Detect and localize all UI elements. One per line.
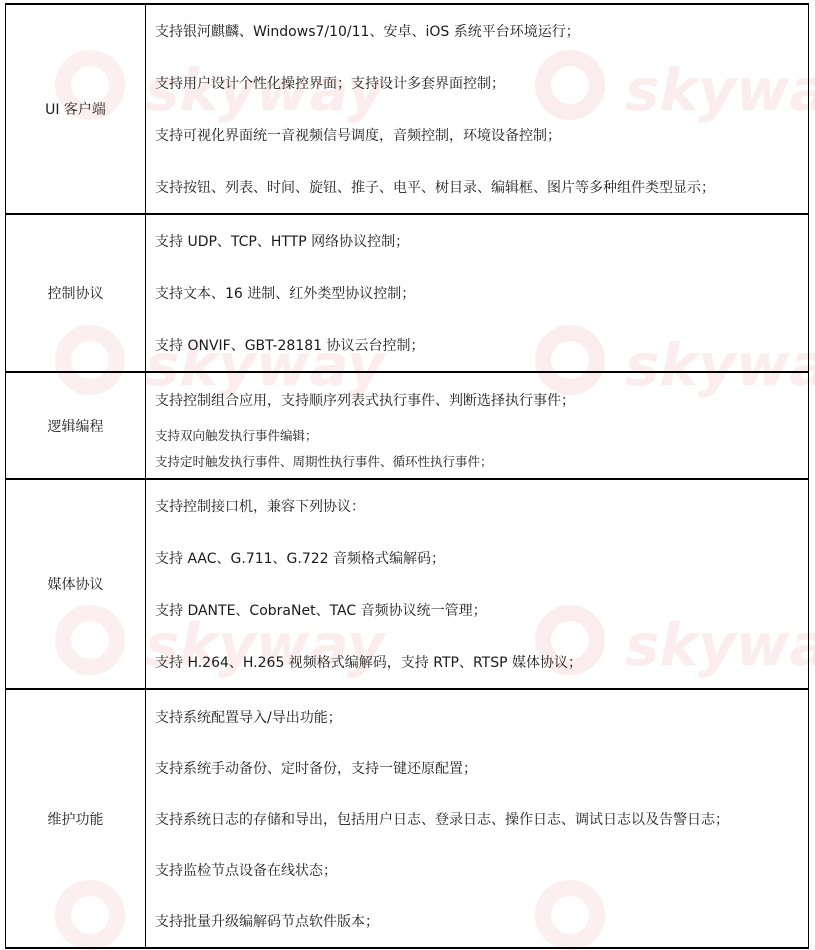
feature-item: 支持 ONVIF、GBT-28181 协议云台控制；: [155, 319, 808, 371]
feature-item: 支持银河麒麟、Windows7/10/11、安卓、iOS 系统平台环境运行；: [155, 5, 808, 57]
items-cell: 支持控制接口机，兼容下列协议： 支持 AAC、G.711、G.722 音频格式编…: [146, 479, 809, 689]
feature-item: 支持用户设计个性化操控界面；支持设计多套界面控制；: [155, 57, 808, 109]
feature-item: 支持控制接口机，兼容下列协议：: [155, 480, 808, 532]
feature-spec-table: UI 客户端 支持银河麒麟、Windows7/10/11、安卓、iOS 系统平台…: [5, 3, 809, 949]
feature-item: 支持双向触发执行事件编辑；: [155, 422, 808, 448]
table-row: UI 客户端 支持银河麒麟、Windows7/10/11、安卓、iOS 系统平台…: [6, 4, 809, 214]
feature-item: 支持批量升级编解码节点软件版本；: [155, 895, 808, 946]
feature-item: 支持监检节点设备在线状态；: [155, 844, 808, 895]
feature-item: 支持文本、16 进制、红外类型协议控制；: [155, 267, 808, 319]
category-cell: 逻辑编程: [6, 372, 146, 479]
feature-item: 支持可视化界面统一音视频信号调度，音频控制，环境设备控制；: [155, 109, 808, 161]
feature-item: 支持 AAC、G.711、G.722 音频格式编解码；: [155, 532, 808, 584]
feature-item: 支持 H.264、H.265 视频格式编解码，支持 RTP、RTSP 媒体协议；: [155, 636, 808, 688]
table-row: 逻辑编程 支持控制组合应用，支持顺序列表式执行事件、判断选择执行事件； 支持双向…: [6, 372, 809, 479]
feature-item: 支持定时触发执行事件、周期性执行事件、循环性执行事件；: [155, 448, 808, 474]
items-cell: 支持控制组合应用，支持顺序列表式执行事件、判断选择执行事件； 支持双向触发执行事…: [146, 372, 809, 479]
table-row: 维护功能 支持系统配置导入/导出功能； 支持系统手动备份、定时备份，支持一键还原…: [6, 689, 809, 948]
table-row: 控制协议 支持 UDP、TCP、HTTP 网络协议控制； 支持文本、16 进制、…: [6, 214, 809, 372]
feature-item: 支持系统手动备份、定时备份，支持一键还原配置；: [155, 742, 808, 793]
category-cell: 控制协议: [6, 214, 146, 372]
feature-item: 支持系统日志的存储和导出，包括用户日志、登录日志、操作日志、调试日志以及告警日志…: [155, 793, 808, 844]
category-cell: UI 客户端: [6, 4, 146, 214]
items-cell: 支持 UDP、TCP、HTTP 网络协议控制； 支持文本、16 进制、红外类型协…: [146, 214, 809, 372]
feature-item: 支持控制组合应用，支持顺序列表式执行事件、判断选择执行事件；: [155, 378, 808, 422]
category-cell: 媒体协议: [6, 479, 146, 689]
feature-item: 支持系统配置导入/导出功能；: [155, 691, 808, 742]
feature-item: 支持 UDP、TCP、HTTP 网络协议控制；: [155, 215, 808, 267]
items-cell: 支持银河麒麟、Windows7/10/11、安卓、iOS 系统平台环境运行； 支…: [146, 4, 809, 214]
items-cell: 支持系统配置导入/导出功能； 支持系统手动备份、定时备份，支持一键还原配置； 支…: [146, 689, 809, 948]
feature-item: 支持按钮、列表、时间、旋钮、推子、电平、树目录、编辑框、图片等多种组件类型显示；: [155, 161, 808, 213]
table-row: 媒体协议 支持控制接口机，兼容下列协议： 支持 AAC、G.711、G.722 …: [6, 479, 809, 689]
feature-item: 支持 DANTE、CobraNet、TAC 音频协议统一管理；: [155, 584, 808, 636]
category-cell: 维护功能: [6, 689, 146, 948]
